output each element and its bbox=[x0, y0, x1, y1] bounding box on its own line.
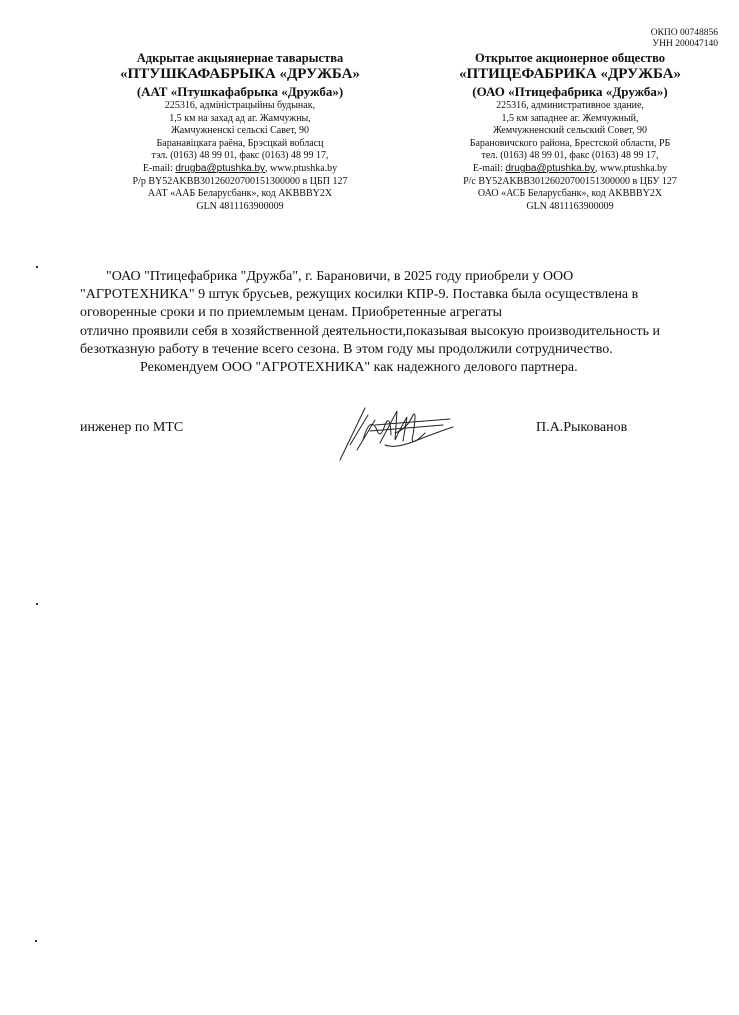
address-line: Баранавіцкага раёна, Брэсцкай вобласц bbox=[90, 138, 390, 151]
company-name: «ПТУШКАФАБРЫКА «ДРУЖБА» bbox=[90, 66, 390, 83]
gln-code: GLN 4811163900009 bbox=[90, 201, 390, 214]
bank-name: ААТ «ААБ Беларусбанк», код AKBBBY2X bbox=[90, 188, 390, 201]
letter-line: оговоренные сроки и по приемлемым ценам.… bbox=[80, 304, 720, 322]
letter-line: "ОАО "Птицефабрика "Дружба", г. Баранови… bbox=[80, 268, 720, 286]
email-link[interactable]: drugba@ptushka.by bbox=[175, 163, 265, 174]
company-name: «ПТИЦЕФАБРИКА «ДРУЖБА» bbox=[420, 66, 720, 83]
bank-account: Р/р BY52AKBB30126020700151300000 в ЦБП 1… bbox=[90, 176, 390, 189]
handwritten-signature-icon bbox=[335, 405, 455, 463]
okpo-code: ОКПО 00748856 bbox=[651, 28, 718, 39]
address-line: 225316, административное здание, bbox=[420, 100, 720, 113]
address-line: 1,5 км на захад ад аг. Жамчужны, bbox=[90, 113, 390, 126]
bank-account: Р/с BY52AKBB30126020700151300000 в ЦБУ 1… bbox=[420, 176, 720, 189]
email-label: E-mail: bbox=[143, 163, 176, 174]
phone-fax: тэл. (0163) 48 99 01, факс (0163) 48 99 … bbox=[90, 150, 390, 163]
email-link[interactable]: drugba@ptushka.by bbox=[505, 163, 595, 174]
email-line: E-mail: drugba@ptushka.by, www.ptushka.b… bbox=[420, 163, 720, 176]
letter-body: "ОАО "Птицефабрика "Дружба", г. Баранови… bbox=[80, 268, 720, 377]
recommendation: Рекомендуем ООО "АГРОТЕХНИКА" как надежн… bbox=[80, 359, 720, 377]
unn-code: УНН 200047140 bbox=[651, 39, 718, 50]
address-line: Барановичского района, Брестской области… bbox=[420, 138, 720, 151]
company-type: Открытое акционерное общество bbox=[420, 51, 720, 66]
letterhead-russian: Открытое акционерное общество «ПТИЦЕФАБР… bbox=[420, 51, 720, 213]
address-line: Жамчужненскі сельскі Савет, 90 bbox=[90, 125, 390, 138]
email-label: E-mail: bbox=[473, 163, 506, 174]
letter-line: "АГРОТЕХНИКА" 9 штук брусьев, режущих ко… bbox=[80, 286, 720, 304]
scan-mark bbox=[36, 266, 38, 268]
letter-line: безотказную работу в течение всего сезон… bbox=[80, 341, 720, 359]
letter-line: отлично проявили себя в хозяйственной де… bbox=[80, 323, 720, 341]
company-short-name: (ОАО «Птицефабрика «Дружба») bbox=[420, 83, 720, 100]
address-line: 1,5 км западнее аг. Жемчужный, bbox=[420, 113, 720, 126]
email-line: E-mail: drugba@ptushka.by, www.ptushka.b… bbox=[90, 163, 390, 176]
phone-fax: тел. (0163) 48 99 01, факс (0163) 48 99 … bbox=[420, 150, 720, 163]
registration-codes: ОКПО 00748856 УНН 200047140 bbox=[651, 28, 718, 50]
scan-mark bbox=[36, 603, 38, 605]
letterhead-belarusian: Адкрытае акцыянернае таварыства «ПТУШКАФ… bbox=[90, 51, 390, 213]
bank-name: ОАО «АСБ Беларусбанк», код AKBBBY2X bbox=[420, 188, 720, 201]
address-line: Жемчужненский сельский Совет, 90 bbox=[420, 125, 720, 138]
scan-mark bbox=[35, 940, 37, 942]
company-short-name: (ААТ «Птушкафабрыка «Дружба») bbox=[90, 83, 390, 100]
address-line: 225316, адміністрацыйны будынак, bbox=[90, 100, 390, 113]
signer-position: инженер по МТС bbox=[80, 420, 183, 436]
company-type: Адкрытае акцыянернае таварыства bbox=[90, 51, 390, 66]
website: , www.ptushka.by bbox=[265, 163, 337, 174]
website: , www.ptushka.by bbox=[595, 163, 667, 174]
gln-code: GLN 4811163900009 bbox=[420, 201, 720, 214]
signer-name: П.А.Рыкованов bbox=[536, 420, 627, 436]
